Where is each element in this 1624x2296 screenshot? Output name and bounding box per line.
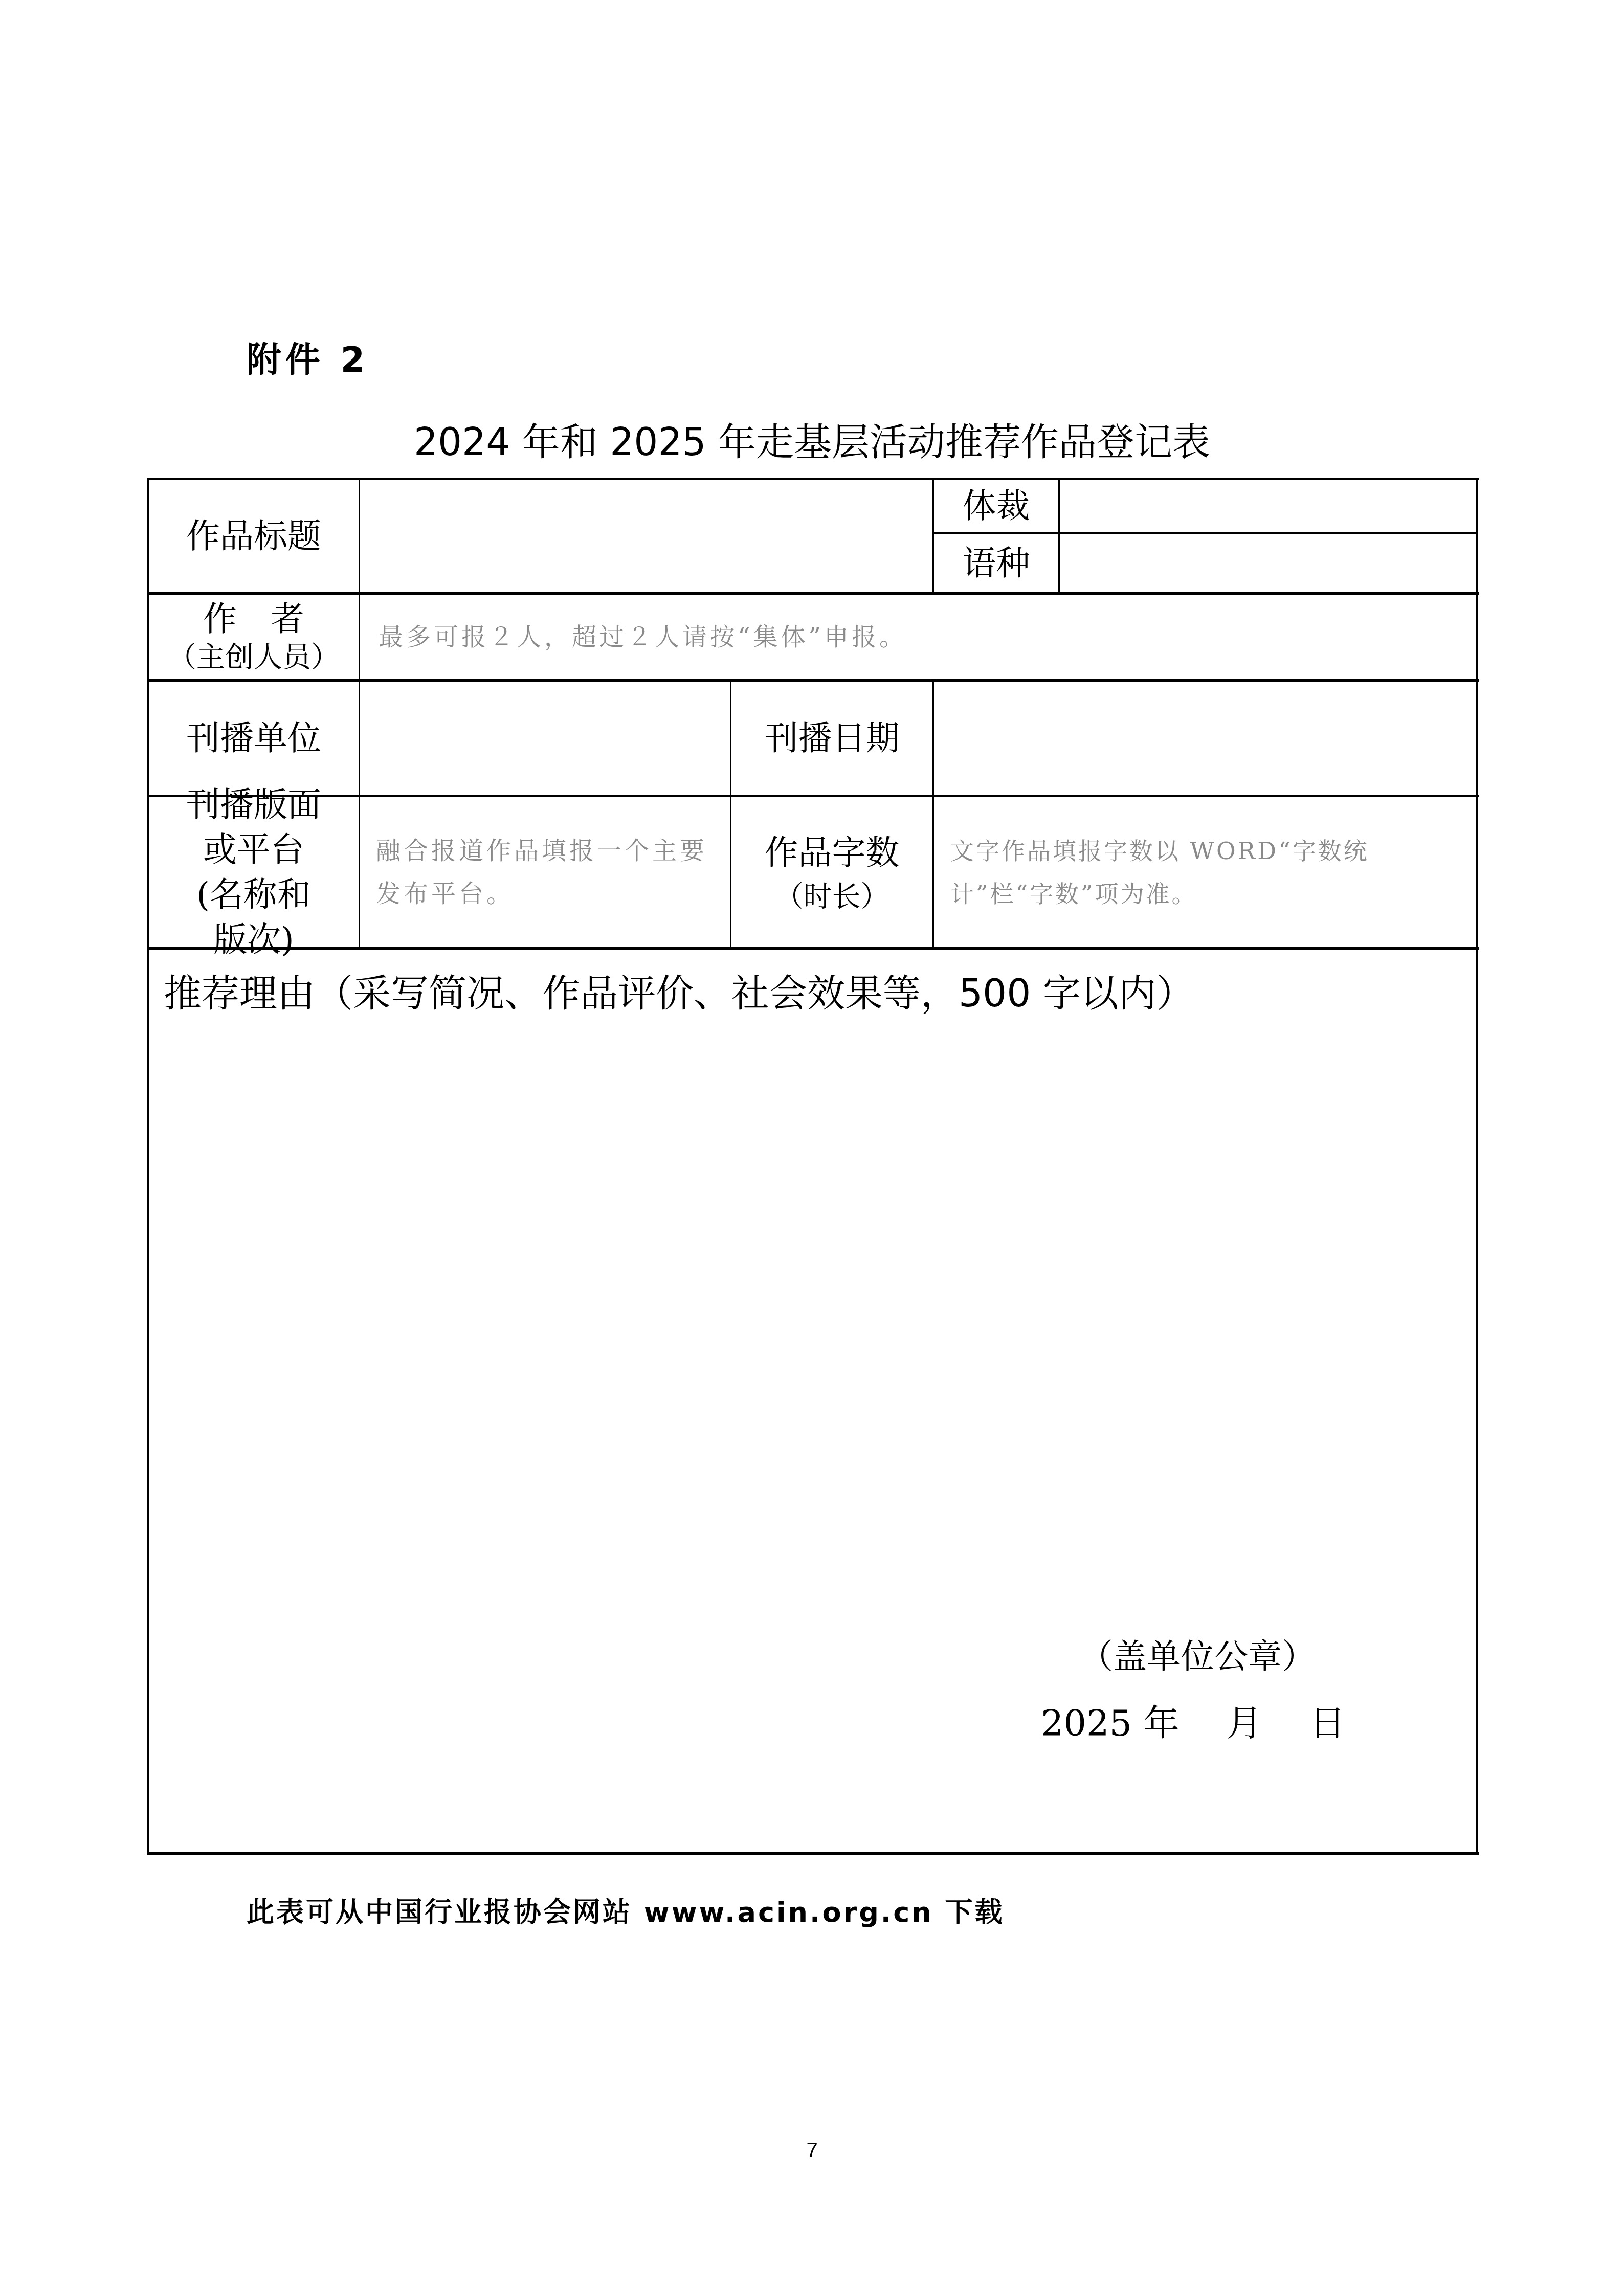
- page-platform-label: 刊播版面或平台(名称和版次): [153, 797, 354, 947]
- work-title-field[interactable]: [360, 480, 932, 592]
- author-hint: 最多可报２人，超过２人请按“集体”申报。: [379, 616, 907, 659]
- publisher-label-text: 刊播单位: [186, 716, 321, 760]
- page-platform-label-text: 刊播版面或平台(名称和版次): [182, 782, 325, 962]
- download-note: 此表可从中国行业报协会网站 www.acin.org.cn 下载: [247, 1895, 1005, 1930]
- language-field[interactable]: [1060, 534, 1476, 592]
- page-number: 7: [767, 2137, 857, 2163]
- word-count-hint: 文字作品填报字数以 WORD“字数统计”栏“字数”项为准。: [950, 829, 1472, 915]
- author-label-sub: （主创人员）: [168, 640, 340, 676]
- seal-note: （盖单位公章）: [1079, 1634, 1316, 1680]
- genre-field[interactable]: [1060, 480, 1476, 532]
- signature-date: 2025 年 月 日: [1041, 1700, 1345, 1746]
- publisher-field[interactable]: [360, 682, 730, 795]
- table-border-right: [1476, 478, 1478, 1855]
- genre-label-text: 体裁: [963, 484, 1030, 528]
- author-label-main: 作 者: [203, 599, 304, 640]
- language-label-text: 语种: [963, 542, 1030, 586]
- publish-date-field[interactable]: [934, 682, 1476, 795]
- author-field[interactable]: 最多可报２人，超过２人请按“集体”申报。: [379, 595, 1473, 679]
- publish-date-label-text: 刊播日期: [765, 716, 900, 760]
- word-count-label-main: 作品字数: [765, 828, 900, 877]
- work-title-label: 作品标题: [149, 480, 359, 592]
- divider-row-reason: [147, 947, 1479, 950]
- recommendation-heading: 推荐理由（采写简况、作品评价、社会效果等，500 字以内）: [164, 969, 1194, 1018]
- word-count-field[interactable]: 文字作品填报字数以 WORD“字数统计”栏“字数”项为准。: [950, 797, 1472, 947]
- word-count-label-sub: （时长）: [775, 877, 889, 916]
- page-platform-hint: 融合报道作品填报一个主要发布平台。: [376, 829, 719, 915]
- work-title-label-text: 作品标题: [186, 514, 321, 558]
- author-label: 作 者 （主创人员）: [149, 595, 359, 679]
- genre-label: 体裁: [934, 480, 1058, 532]
- word-count-label: 作品字数 （时长）: [731, 797, 932, 947]
- language-label: 语种: [934, 534, 1058, 592]
- table-border-bottom: [147, 1852, 1479, 1855]
- publisher-label: 刊播单位: [149, 682, 359, 795]
- publish-date-label: 刊播日期: [731, 682, 932, 795]
- page-platform-field[interactable]: 融合报道作品填报一个主要发布平台。: [376, 797, 719, 947]
- recommendation-field[interactable]: [153, 1028, 1468, 1621]
